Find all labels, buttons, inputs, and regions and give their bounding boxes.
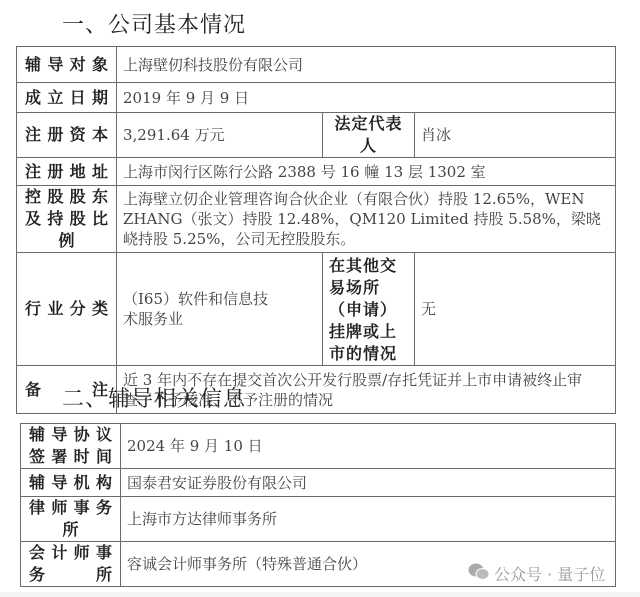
accounting-firm-label: 会计师事务所 [21, 542, 121, 587]
law-firm-label: 律师事务所 [21, 497, 121, 542]
institution-label: 辅导机构 [21, 469, 121, 497]
company-info-table: 辅导对象 上海壁仞科技股份有限公司 成立日期 2019 年 9 月 9 日 注册… [16, 46, 616, 414]
table-row: 控股股东及持股比例 上海壁立仞企业管理咨询合伙企业（有限合伙）持股 12.65%… [17, 186, 616, 253]
capital-label: 注册资本 [17, 113, 117, 158]
shareholders-value: 上海壁立仞企业管理咨询合伙企业（有限合伙）持股 12.65%，WEN ZHANG… [117, 186, 616, 253]
table-row: 辅导协议签署时间 2024 年 9 月 10 日 [21, 424, 616, 469]
table-row: 行业分类 （I65）软件和信息技术服务业 在其他交易场所（申请）挂牌或上市的情况… [17, 253, 616, 366]
address-value: 上海市闵行区陈行公路 2388 号 16 幢 13 层 1302 室 [117, 158, 616, 186]
listing-label: 在其他交易场所（申请）挂牌或上市的情况 [323, 253, 415, 366]
established-value: 2019 年 9 月 9 日 [117, 83, 616, 113]
capital-value: 3,291.64 万元 [117, 113, 323, 158]
watermark: 公众号 · 量子位 [468, 562, 605, 585]
legal-rep-value: 肖冰 [415, 113, 616, 158]
table-row: 成立日期 2019 年 9 月 9 日 [17, 83, 616, 113]
table-row: 律师事务所 上海市方达律师事务所 [21, 497, 616, 542]
section2-title: 二、辅导相关信息 [62, 382, 246, 413]
section1-title: 一、公司基本情况 [62, 8, 246, 39]
industry-label: 行业分类 [17, 253, 117, 366]
address-label: 注册地址 [17, 158, 117, 186]
institution-value: 国泰君安证券股份有限公司 [121, 469, 616, 497]
subject-value: 上海壁仞科技股份有限公司 [117, 47, 616, 83]
established-label: 成立日期 [17, 83, 117, 113]
subject-label: 辅导对象 [17, 47, 117, 83]
shareholders-label: 控股股东及持股比例 [17, 186, 117, 253]
table-row: 辅导对象 上海壁仞科技股份有限公司 [17, 47, 616, 83]
wechat-icon [468, 563, 490, 585]
agreement-label: 辅导协议签署时间 [21, 424, 121, 469]
listing-value: 无 [415, 253, 616, 366]
bottom-strip [0, 592, 640, 597]
legal-rep-label: 法定代表人 [323, 113, 415, 158]
table-row: 辅导机构 国泰君安证券股份有限公司 [21, 469, 616, 497]
law-firm-value: 上海市方达律师事务所 [121, 497, 616, 542]
agreement-value: 2024 年 9 月 10 日 [121, 424, 616, 469]
industry-value: （I65）软件和信息技术服务业 [117, 253, 323, 366]
table-row: 注册资本 3,291.64 万元 法定代表人 肖冰 [17, 113, 616, 158]
watermark-text: 公众号 · 量子位 [494, 562, 605, 585]
table-row: 注册地址 上海市闵行区陈行公路 2388 号 16 幢 13 层 1302 室 [17, 158, 616, 186]
